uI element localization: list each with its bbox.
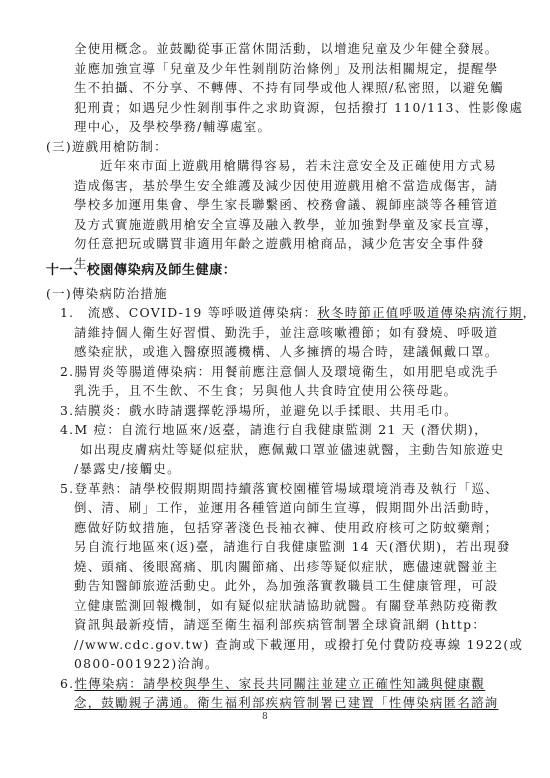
item-5-line-8: 資訊與最新疫情，請逕至衛生福利部疾病管制署全球資訊網 (http： xyxy=(74,617,486,633)
subsection-3-line-1: 近年來市面上遊戲用槍購得容易，若未注意安全及正確使用方式易 xyxy=(100,158,497,174)
item-3-text: 結膜炎：戲水時請選擇乾淨場所，並避免以手揉眼、共用毛巾。 xyxy=(74,403,457,418)
item-2-number: 2. xyxy=(60,364,74,379)
item-4-text: M 痘：自流行地區來/返臺，請進行自我健康監測 21 天 (潛伏期)， xyxy=(74,422,487,437)
item-5-line-9: //www.cdc.gov.tw) 查詢或下載運用，或撥打免付費防疫專線 192… xyxy=(74,637,523,653)
item-5-line-5: 燒、頭痛、後眼窩痛、肌肉關節痛、出疹等疑似症狀，應儘速就醫並主 xyxy=(74,559,498,575)
item-5-line-1: 5.登革熱：請學校假期期間持續落實校園權管場域環境消毒及執行「巡、 xyxy=(60,481,499,497)
item-1-line-3: 感染症狀，或進入醫療照護機構、人多擁擠的場合時，建議佩戴口罩。 xyxy=(74,344,498,360)
item-6-number: 6. xyxy=(60,676,74,691)
item-6-line-2: 念，鼓勵親子溝通。衛生福利部疾病管制署已建置「性傳染病匿名諮詢 xyxy=(74,695,498,711)
subsection-3-line-2: 造成傷害，基於學生安全維護及減少因使用遊戲用槍不當造成傷害，請 xyxy=(74,178,498,194)
item-5-line-3: 應做好防蚊措施，包括穿著淺色長袖衣褲、使用政府核可之防蚊藥劑； xyxy=(74,520,498,536)
item-2-line-1: 2.腸胃炎等腸道傳染病：用餐前應注意個人及環境衛生，如用肥皂或洗手 xyxy=(60,364,499,380)
item-5-line-2: 倒、清、刷」工作，並運用各種管道向師生宣導，假期間外出活動時， xyxy=(74,500,498,516)
item-1-prefix: 流感、COVID-19 等呼吸道傳染病： xyxy=(88,305,318,320)
item-3-number: 3. xyxy=(60,403,74,418)
subsection-3-line-3: 學校多加運用集會、學生家長聯繫函、校務會議、親師座談等各種管道 xyxy=(74,197,498,213)
item-1-line-2: 請維持個人衛生好習慣、勤洗手，並注意咳嗽禮節；如有發燒、呼吸道 xyxy=(74,325,498,341)
intro-line-1: 全使用概念。並鼓勵從事正當休閒活動，以增進兒童及少年健全發展。 xyxy=(74,41,498,57)
item-1-suffix: ， xyxy=(523,305,537,320)
item-5-line-10: 0800-001922)洽詢。 xyxy=(74,656,219,672)
subsection-3-line-4: 及方式實施遊戲用槍安全宣導及融入教學，並加強對學童及家長宣導， xyxy=(74,217,498,233)
document-page: 全使用概念。並鼓勵從事正當休閒活動，以增進兒童及少年健全發展。 並應加強宣導「兒… xyxy=(0,0,550,778)
item-1-number: 1. xyxy=(60,305,74,320)
item-5-line-7: 立健康監測回報機制，如有疑似症狀請協助就醫。有關登革熱防疫衛教 xyxy=(74,598,498,614)
item-6-text: 性傳染病：請學校與學生、家長共同關注並建立正確性知識與健康觀 xyxy=(74,676,485,691)
item-4-line-3: /暴露史/接觸史。 xyxy=(74,461,181,477)
intro-line-5: 理中心，及學校學務/輔導處室。 xyxy=(74,119,271,135)
intro-line-3: 生不拍攝、不分享、不轉傳、不持有同學或他人裸照/私密照，以避免觸 xyxy=(74,80,504,96)
section-11-heading: 十一、校園傳染病及師生健康： xyxy=(46,263,236,279)
item-4-line-1: 4.M 痘：自流行地區來/返臺，請進行自我健康監測 21 天 (潛伏期)， xyxy=(60,422,488,438)
page-number: 8 xyxy=(262,712,268,722)
intro-line-2: 並應加強宣導「兒童及少年性剝削防治條例」及刑法相關規定，提醒學 xyxy=(74,61,498,77)
item-3-line-1: 3.結膜炎：戲水時請選擇乾淨場所，並避免以手揉眼、共用毛巾。 xyxy=(60,403,458,419)
item-1-underlined: 秋冬時節正值呼吸道傳染病流行期 xyxy=(317,305,522,320)
item-4-line-2: 如出現皮膚病灶等疑似症狀，應佩戴口罩並儘速就醫，主動告知旅遊史 xyxy=(80,442,504,458)
intro-line-4: 犯刑責；如遇兒少性剝削事件之求助資源，包括撥打 110/113、性影像處 xyxy=(74,100,523,116)
item-5-number: 5. xyxy=(60,481,74,496)
item-4-number: 4. xyxy=(60,422,74,437)
item-5-text: 登革熱：請學校假期期間持續落實校園權管場域環境消毒及執行「巡、 xyxy=(74,481,498,496)
item-5-line-4: 另自流行地區來(返)臺，請進行自我健康監測 14 天(潛伏期)，若出現發 xyxy=(74,539,511,555)
subsection-1-heading: (一)傳染病防治措施 xyxy=(46,286,168,302)
item-1-line-1: 1. 流感、COVID-19 等呼吸道傳染病：秋冬時節正值呼吸道傳染病流行期， xyxy=(60,305,536,321)
item-2-line-2: 乳洗手，且不生飲、不生食；另與他人共食時宜使用公筷母匙。 xyxy=(74,383,457,399)
item-2-text: 腸胃炎等腸道傳染病：用餐前應注意個人及環境衛生，如用肥皂或洗手 xyxy=(74,364,498,379)
subsection-3-line-5: 勿任意把玩或購買非適用年齡之遊戲用槍商品，減少危害安全事件發 xyxy=(74,236,485,252)
item-5-line-6: 動告知醫師旅遊活動史。此外，為加強落實教職員工生健康管理，可設 xyxy=(74,578,498,594)
item-6-line-1: 6.性傳染病：請學校與學生、家長共同關注並建立正確性知識與健康觀 xyxy=(60,676,485,692)
subsection-3-heading: (三)遊戲用槍防制： xyxy=(46,139,168,155)
